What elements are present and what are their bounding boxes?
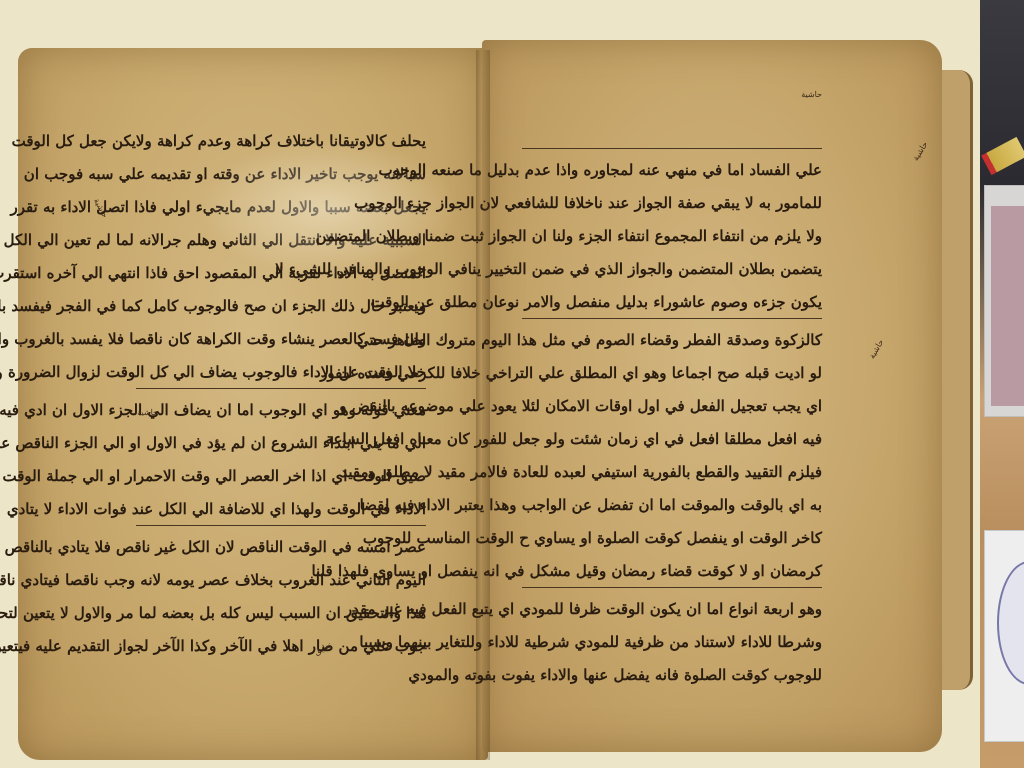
text-line: اي يجب تعجيل الفعل في اول اوقات الامكان … bbox=[522, 399, 822, 414]
text-line: فيلزم التقييد والقطع بالفورية استيفي لعب… bbox=[522, 465, 822, 480]
cd-disc bbox=[997, 561, 1024, 685]
text-line: به اي بالوقت والموقت اما ان تفضل عن الوا… bbox=[522, 498, 822, 513]
ruled-line bbox=[522, 587, 822, 588]
text-line: يحلف كالاوتيقانا باختلاف كراهة وعدم كراه… bbox=[136, 134, 426, 149]
text-line: لو اديت قبله صح اجماعا وهو اي المطلق علي… bbox=[522, 366, 822, 381]
top-gloss: حاشية bbox=[522, 90, 822, 100]
ruled-line bbox=[136, 525, 426, 526]
manuscript-right-page: علي الفساد اما في منهي عنه لمجاوره واذا … bbox=[482, 40, 942, 752]
left-margin-gloss-lower: حاشية bbox=[78, 408, 158, 418]
text-line: كالزكوة وصدقة الفطر وقضاء الصوم في مثل ه… bbox=[522, 333, 822, 348]
right-margin-gloss-lower: حاشية bbox=[838, 338, 887, 412]
text-line: فيه افعل مطلقا افعل في اي زمان شئت ولو ج… bbox=[522, 432, 822, 447]
text-line: ولا يلزم من انتفاء المجموع انتفاء الجزء … bbox=[522, 229, 822, 244]
book-gutter bbox=[476, 50, 490, 760]
text-line: وشرطا للاداء لاستناد من ظرفية للمودي شرط… bbox=[522, 635, 822, 650]
cd-case-bottom bbox=[984, 530, 1024, 742]
ruled-line bbox=[522, 148, 822, 149]
text-line: يتضمن بطلان المتضمن والجواز الذي في ضمن … bbox=[522, 262, 822, 277]
text-line: وهو اربعة انواع اما ان يكون الوقت ظرفا ل… bbox=[522, 602, 822, 617]
text-line: كرمضان او لا كوقت قضاء رمضان وقيل مشكل ف… bbox=[522, 564, 822, 579]
text-line: كاخر الوقت او ينفصل كوقت الصلوة او يساوي… bbox=[522, 531, 822, 546]
right-main-text: علي الفساد اما في منهي عنه لمجاوره واذا … bbox=[522, 158, 822, 701]
text-line: للوجوب كوقت الصلوة فانه يفضل عنها والادا… bbox=[522, 668, 822, 683]
ruled-line bbox=[522, 318, 822, 319]
text-line: للمامور به لا يبقي صفة الجواز عند ناخلاف… bbox=[522, 196, 822, 211]
ruled-line bbox=[136, 388, 426, 389]
text-line: علي الفساد اما في منهي عنه لمجاوره واذا … bbox=[522, 163, 822, 178]
text-line: يكون جزءه وصوم عاشوراء بدليل منفصل والام… bbox=[522, 295, 822, 310]
